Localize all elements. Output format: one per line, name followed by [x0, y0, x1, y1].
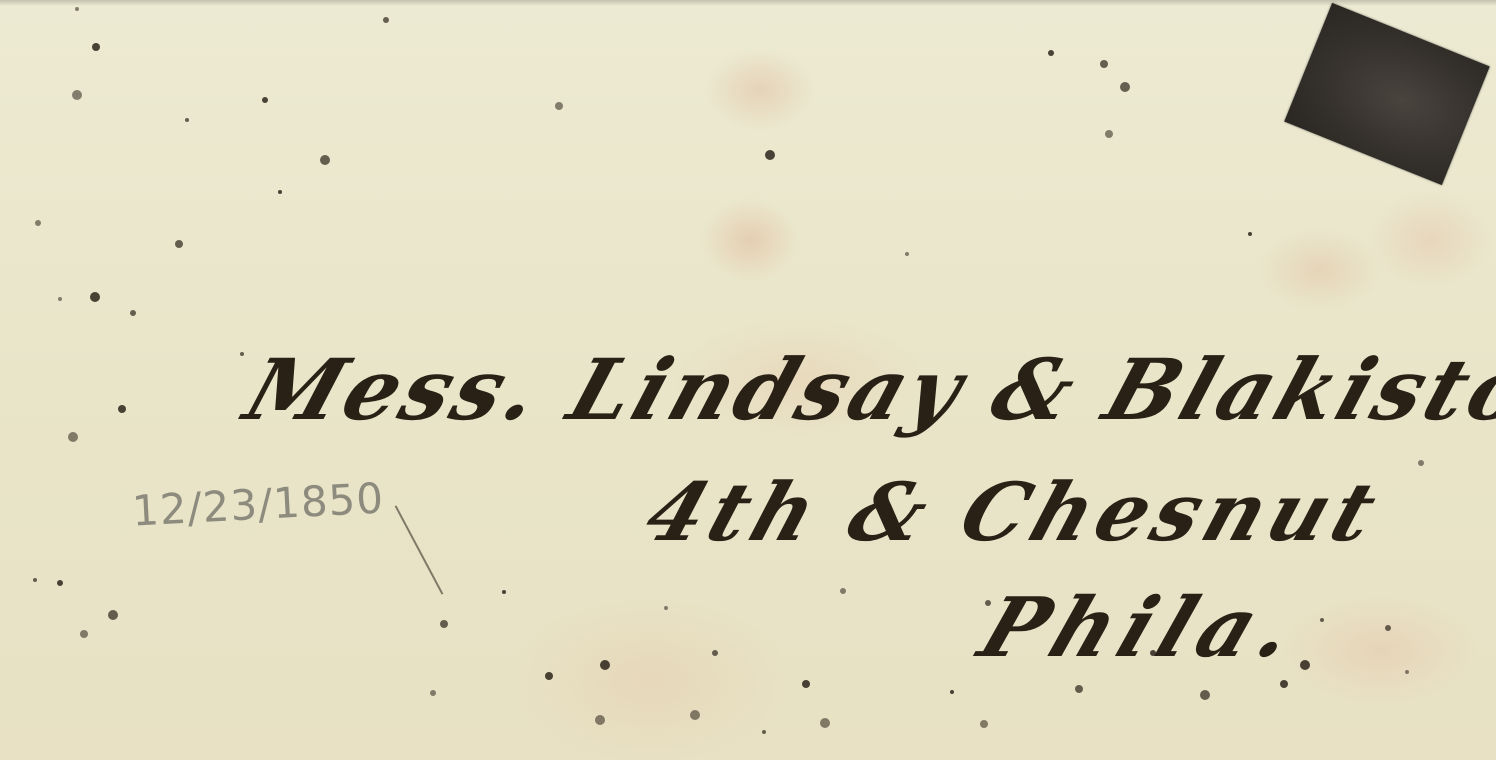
- foxing-dot: [118, 405, 126, 413]
- foxing-dot: [92, 43, 100, 51]
- foxing-dot: [1248, 232, 1252, 236]
- foxing-dot: [1418, 460, 1424, 466]
- envelope-top-edge: [0, 0, 1496, 6]
- foxing-dot: [762, 730, 766, 734]
- foxing-dot: [1100, 60, 1108, 68]
- foxing-dot: [320, 155, 330, 165]
- address-line-street: 4th & Chesnut: [635, 465, 1393, 559]
- foxing-dot: [1075, 685, 1083, 693]
- foxing-dot: [905, 252, 909, 256]
- postage-stamp: [1284, 3, 1490, 185]
- foxing-dot: [600, 660, 610, 670]
- foxing-dot: [980, 720, 988, 728]
- foxing-dot: [555, 102, 563, 110]
- foxing-dot: [108, 610, 118, 620]
- address-line-city: Phila.: [968, 580, 1316, 676]
- foxing-dot: [1320, 618, 1324, 622]
- foxing-dot: [278, 190, 282, 194]
- pencil-stroke: [395, 505, 444, 594]
- foxing-dot: [820, 718, 830, 728]
- foxing-dot: [545, 672, 553, 680]
- foxing-dot: [33, 578, 37, 582]
- foxing-dot: [802, 680, 810, 688]
- foxing-dot: [240, 352, 244, 356]
- foxing-dot: [72, 90, 82, 100]
- foxing-dot: [690, 710, 700, 720]
- foxing-dot: [90, 292, 100, 302]
- foxing-dot: [1280, 680, 1288, 688]
- foxing-dot: [1120, 82, 1130, 92]
- foxing-dot: [57, 580, 63, 586]
- foxing-dot: [595, 715, 605, 725]
- foxing-dot: [35, 220, 41, 226]
- foxing-dot: [1150, 650, 1156, 656]
- foxing-dot: [502, 590, 506, 594]
- foxing-dot: [185, 118, 189, 122]
- foxing-dot: [383, 17, 389, 23]
- foxing-dot: [712, 650, 718, 656]
- envelope-cover: 12/23/1850 Mess. Lindsay & Blakiston 4th…: [0, 0, 1496, 760]
- foxing-dot: [1048, 50, 1054, 56]
- foxing-dot: [75, 7, 79, 11]
- address-line-recipient: Mess. Lindsay & Blakiston: [234, 340, 1496, 439]
- foxing-dot: [440, 620, 448, 628]
- foxing-dot: [664, 606, 668, 610]
- foxing-dot: [1300, 660, 1310, 670]
- foxing-dot: [430, 690, 436, 696]
- foxing-dot: [175, 240, 183, 248]
- foxing-dot: [68, 432, 78, 442]
- foxing-dot: [765, 150, 775, 160]
- pencil-date-note: 12/23/1850: [131, 473, 385, 535]
- foxing-dot: [1200, 690, 1210, 700]
- foxing-dot: [1405, 670, 1409, 674]
- foxing-dot: [58, 297, 62, 301]
- foxing-dot: [840, 588, 846, 594]
- foxing-dot: [985, 600, 991, 606]
- foxing-dot: [80, 630, 88, 638]
- foxing-dot: [130, 310, 136, 316]
- foxing-dot: [1385, 625, 1391, 631]
- foxing-dot: [950, 690, 954, 694]
- foxing-dot: [262, 97, 268, 103]
- foxing-dot: [1105, 130, 1113, 138]
